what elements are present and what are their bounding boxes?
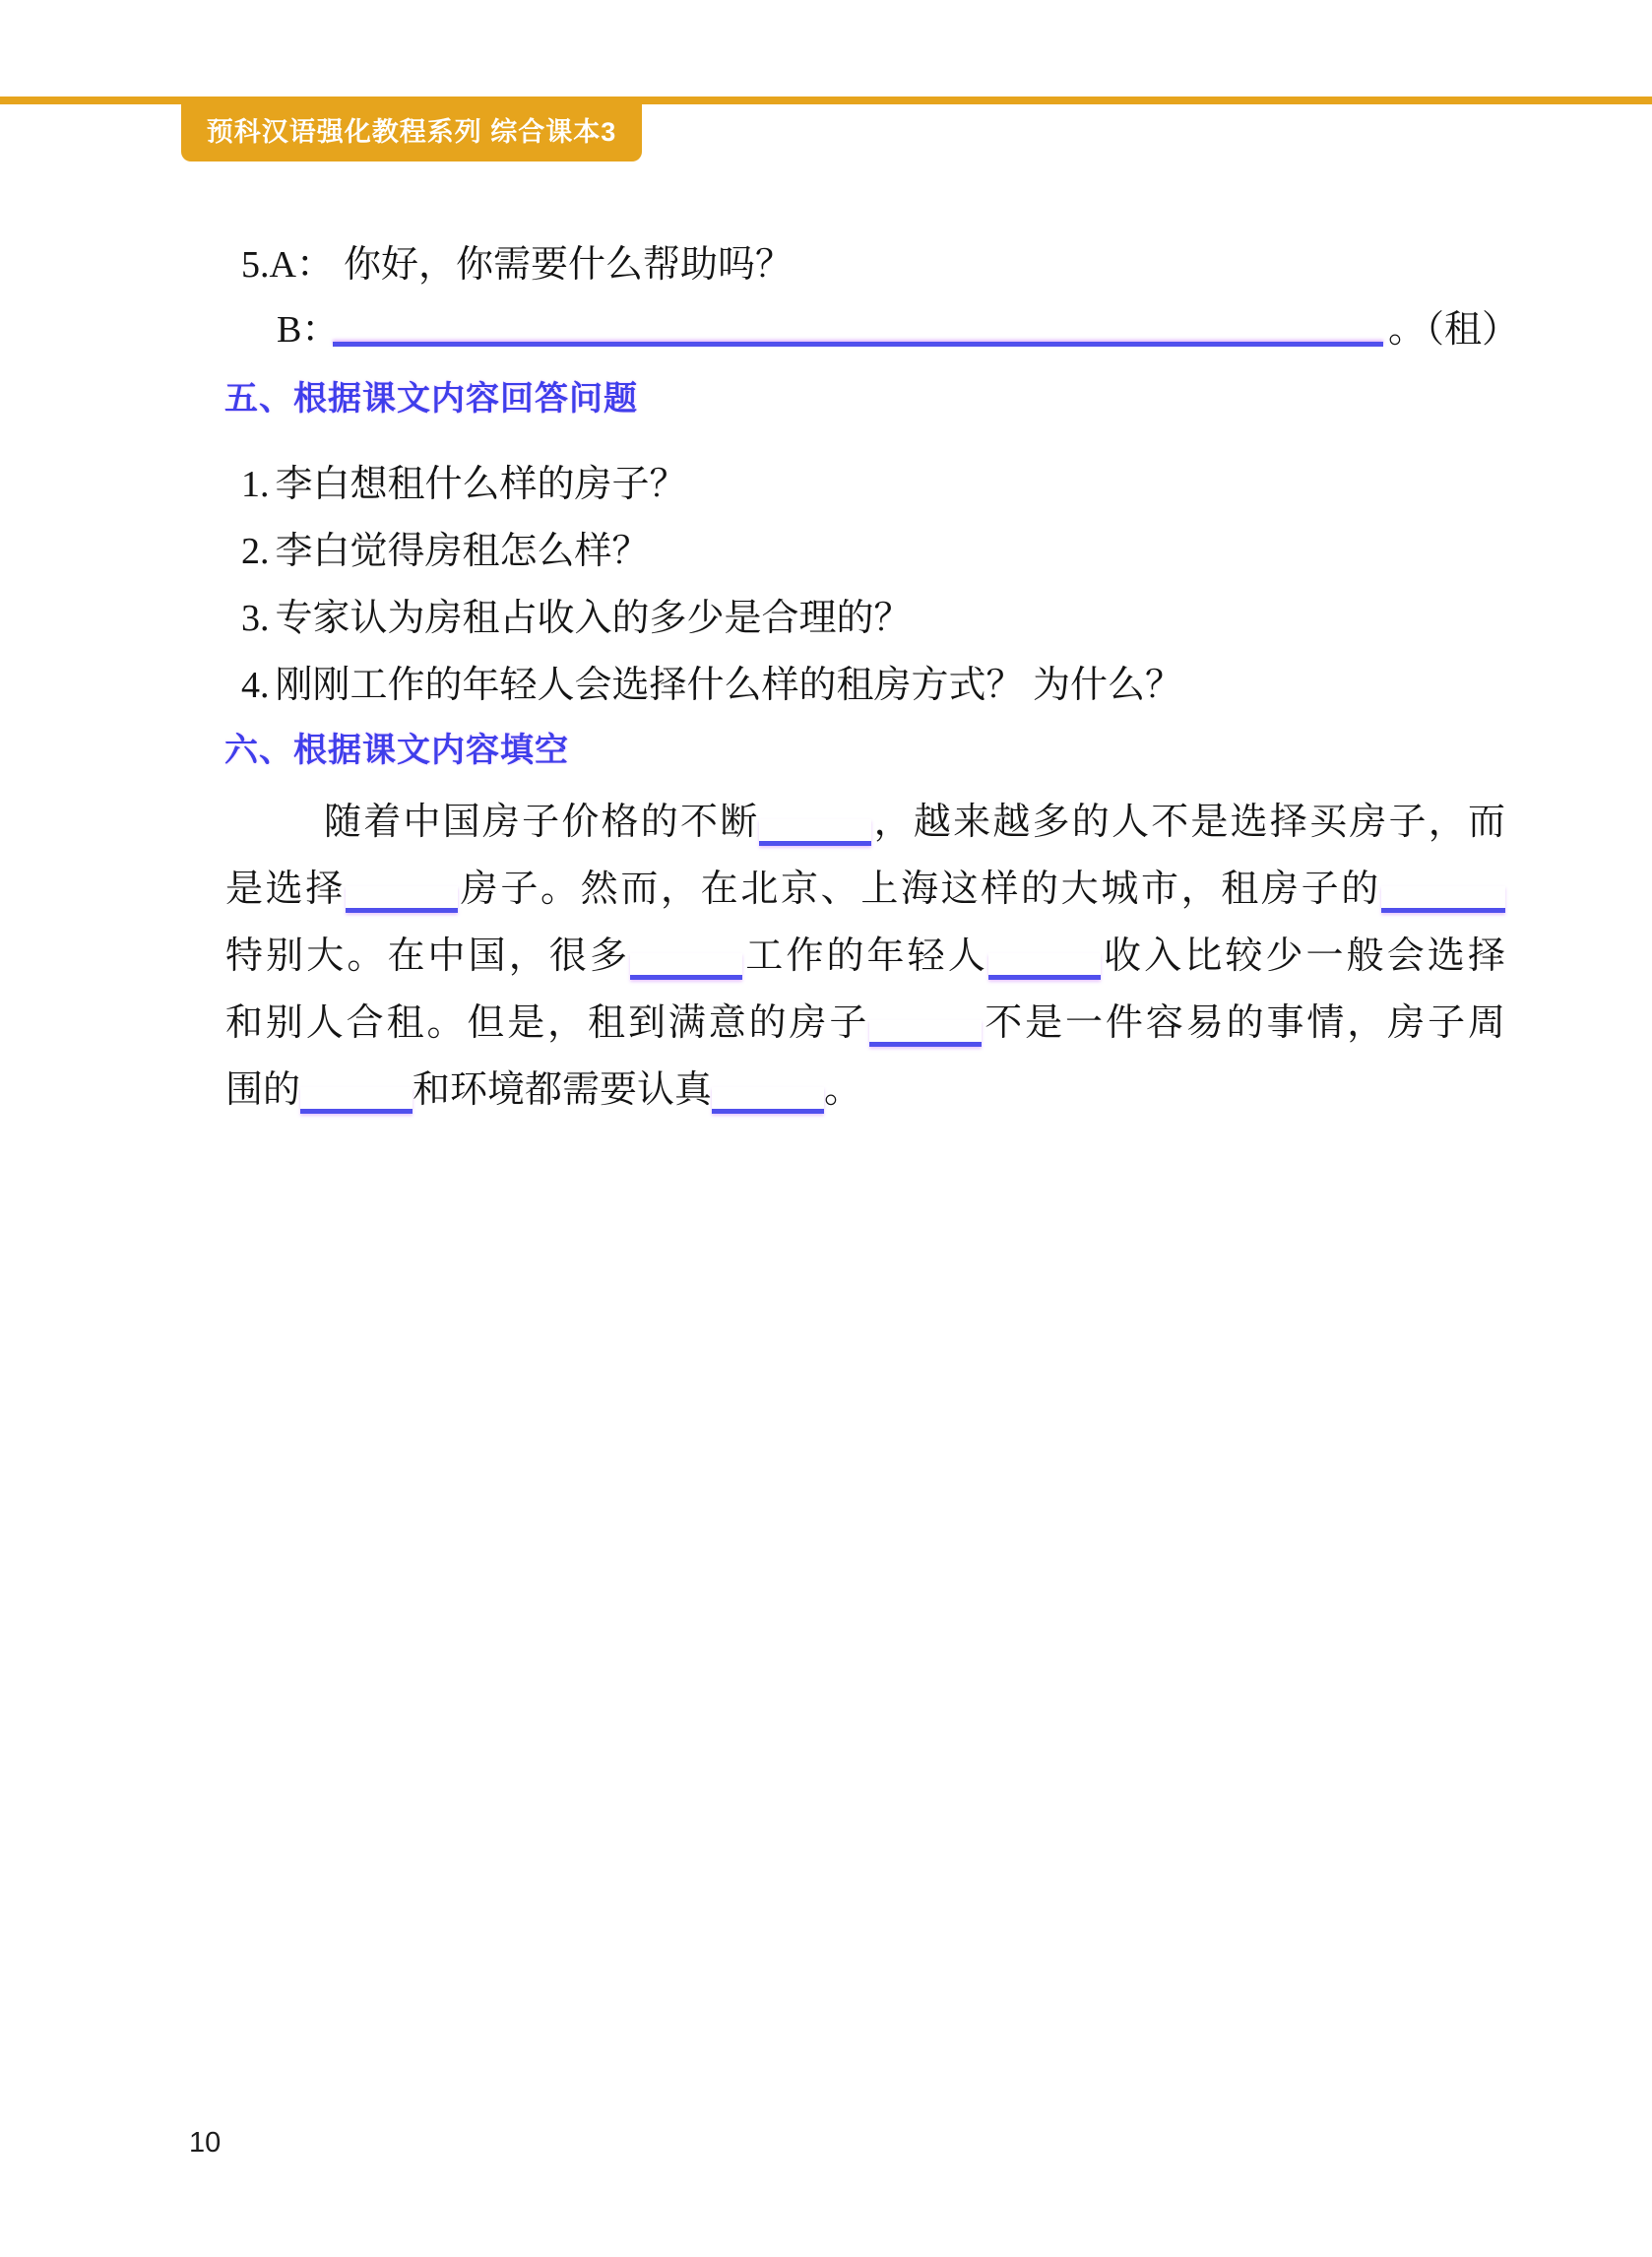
section-six-heading: 六、根据课文内容填空 <box>224 723 569 771</box>
paragraph-text: ，越来越多的人不是选择买房子，而 <box>871 802 1505 843</box>
item5-b-label: B： <box>277 298 339 353</box>
fill-blank-line <box>712 1087 824 1114</box>
paragraph-text: 特别大。在中国，很多 <box>225 935 630 977</box>
item5-a-label: 5.A： <box>241 244 334 286</box>
question-item: 4.刚刚工作的年轻人会选择什么样的租房方式？ 为什么？ <box>241 654 1182 708</box>
paragraph-line: 和别人合租。但是，租到满意的房子不是一件容易的事情，房子周 <box>225 990 1505 1057</box>
item5-b-suffix: 。（租） <box>1388 298 1519 353</box>
fill-blank-line <box>869 1020 982 1047</box>
paragraph-text: 房子。然而，在北京、上海这样的大城市，租房子的 <box>458 869 1381 910</box>
question-number: 3. <box>241 598 270 639</box>
question-number: 2. <box>241 531 270 572</box>
header-series-tab: 预科汉语强化教程系列 综合课本3 <box>181 97 642 161</box>
paragraph-text: 不是一件容易的事情，房子周 <box>982 1002 1505 1044</box>
paragraph-text: 随着中国房子价格的不断 <box>324 802 759 843</box>
question-text: 专家认为房租占收入的多少是合理的？ <box>276 598 912 639</box>
question-number: 4. <box>241 665 270 706</box>
fill-in-paragraph: 随着中国房子价格的不断，越来越多的人不是选择买房子，而 是选择房子。然而，在北京… <box>225 789 1505 1124</box>
item5-answer-blank-line <box>333 342 1383 347</box>
item5-a-text: 你好，你需要什么帮助吗？ <box>344 244 793 286</box>
question-item: 3.专家认为房租占收入的多少是合理的？ <box>241 587 912 641</box>
fill-blank-line <box>300 1087 413 1114</box>
question-text: 李白想租什么样的房子？ <box>276 464 687 505</box>
series-title: 预科汉语强化教程系列 综合课本3 <box>207 110 617 149</box>
item5-question-line: 5.A：你好，你需要什么帮助吗？ <box>241 233 793 288</box>
paragraph-text: 和环境都需要认真 <box>413 1069 712 1111</box>
question-number: 1. <box>241 464 270 505</box>
paragraph-line: 是选择房子。然而，在北京、上海这样的大城市，租房子的 <box>225 856 1505 923</box>
workbook-page: 预科汉语强化教程系列 综合课本3 5.A：你好，你需要什么帮助吗？ B： 。（租… <box>0 0 1652 2257</box>
fill-blank-line <box>759 819 871 846</box>
question-text: 刚刚工作的年轻人会选择什么样的租房方式？ 为什么？ <box>276 665 1183 706</box>
paragraph-text: 围的 <box>225 1069 300 1111</box>
paragraph-text: 和别人合租。但是，租到满意的房子 <box>225 1002 869 1044</box>
paragraph-line: 随着中国房子价格的不断，越来越多的人不是选择买房子，而 <box>225 789 1505 856</box>
fill-blank-line <box>988 953 1101 980</box>
question-item: 1.李白想租什么样的房子？ <box>241 453 687 507</box>
fill-blank-line <box>346 886 458 913</box>
paragraph-line: 特别大。在中国，很多工作的年轻人收入比较少一般会选择 <box>225 923 1505 990</box>
paragraph-text: 是选择 <box>225 869 346 910</box>
fill-blank-line <box>630 953 742 980</box>
question-text: 李白觉得房租怎么样？ <box>276 531 650 572</box>
paragraph-text: 收入比较少一般会选择 <box>1101 935 1505 977</box>
section-five-heading: 五、根据课文内容回答问题 <box>224 371 638 419</box>
question-item: 2.李白觉得房租怎么样？ <box>241 520 650 574</box>
paragraph-line: 围的和环境都需要认真。 <box>225 1057 1505 1124</box>
paragraph-text: 。 <box>824 1069 861 1111</box>
fill-blank-line <box>1381 886 1505 913</box>
paragraph-text: 工作的年轻人 <box>742 935 988 977</box>
page-number: 10 <box>189 2127 221 2160</box>
